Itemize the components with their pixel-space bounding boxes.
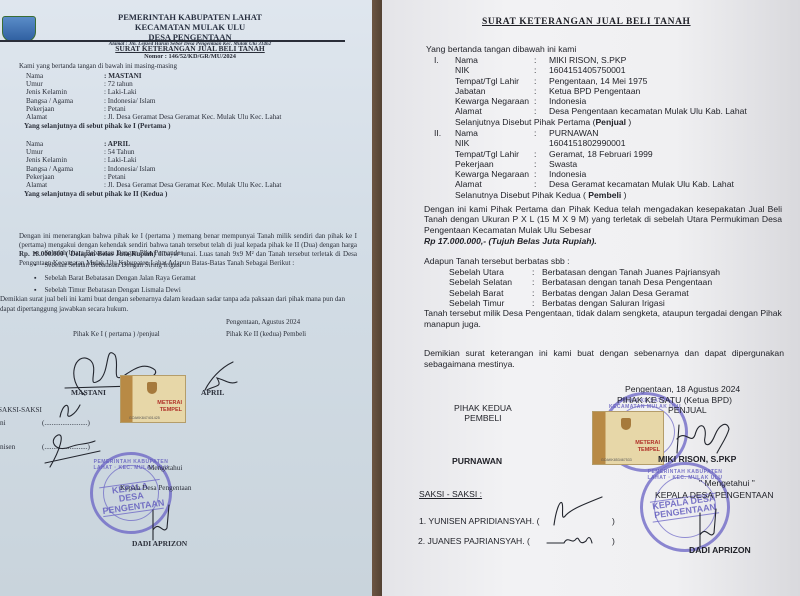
boundary-item: Sebelah Utara Bebatasan Dengan Piko Pern… bbox=[34, 249, 196, 261]
party2-sign-label: PIHAK KEDUA PEMBELI bbox=[454, 403, 512, 424]
colon-separator: : bbox=[534, 128, 549, 138]
field-label: Pekerjaan bbox=[26, 105, 104, 113]
revenue-stamp-label: METERAI bbox=[157, 400, 182, 406]
field-row: Pekerjaan: Petani bbox=[26, 173, 356, 181]
field-value: Desa Pengentaan kecamatan Mulak Ulu Kab.… bbox=[549, 106, 795, 116]
field-value: Ketua BPD Pengentaan bbox=[549, 86, 795, 96]
revenue-stamp: METERAI TEMPEL GOAKK847401425 bbox=[120, 375, 186, 423]
boundary-item: Sebelah Selatan Bebatasan Dengan Siring … bbox=[34, 261, 196, 273]
field-row: Nama: APRIL bbox=[26, 140, 356, 148]
statement-text: Dengan ini menerangkan bahwa pihak ke I … bbox=[19, 232, 357, 249]
field-row: Jenis Kelamin: Laki-Laki bbox=[26, 88, 356, 96]
colon-separator: : bbox=[534, 55, 549, 65]
revenue-stamp: METERAI TEMPEL GOAKK853467533 bbox=[592, 411, 664, 465]
boundary-side: Sebelah Selatan bbox=[449, 277, 532, 287]
field-label: Tempat/Tgl Lahir bbox=[455, 149, 534, 159]
intro-text: Yang bertanda tangan dibawah ini kami bbox=[426, 44, 576, 54]
village-head-name: DADI APRIZON bbox=[689, 545, 751, 555]
sale-price: Rp 17.000.000,- (Tujuh Belas Juta Rupiah… bbox=[424, 236, 597, 246]
seller-signature bbox=[667, 415, 737, 457]
boundary-item: Sebelah Barat Bebatasan Dengan Jalan Ray… bbox=[34, 274, 196, 286]
village-head-title: Kepala Desa Pengentaan bbox=[120, 484, 191, 493]
field-label: Nama bbox=[455, 128, 534, 138]
field-row: Jenis Kelamin: Laki-Laki bbox=[26, 156, 356, 164]
witness1: ni bbox=[0, 419, 6, 428]
designation-text: Selanjutnya Disebut Pihak Pertama ( bbox=[455, 117, 595, 127]
buyer-name: PURNAWAN bbox=[452, 456, 502, 466]
acknowledged-label: " Mengetahui " bbox=[699, 478, 755, 488]
document-number: Nomor : 146/52/KD/GR/MU/2024 bbox=[60, 53, 320, 61]
boundary-desc: Berbatasan dengan tanah Desa Pengentaan bbox=[542, 277, 712, 287]
field-label: Kewarga Negaraan bbox=[455, 96, 534, 106]
boundary-desc: Berbatas dengan Jalan Desa Geramat bbox=[542, 288, 689, 298]
ownership-paragraph: Tanah tersebut milik Desa Pengentaan, ti… bbox=[424, 308, 784, 329]
boundary-item: Sebelah Utara:Berbatasan dengan Tanah Ju… bbox=[449, 267, 720, 277]
field-row: Kewarga Negaraan:Indonesia bbox=[455, 96, 795, 106]
field-row: Alamat:Desa Geramat kecamatan Mulak Ulu … bbox=[455, 179, 795, 189]
boundary-side: Sebelah Timur bbox=[449, 298, 532, 308]
regency-crest-icon bbox=[2, 16, 36, 42]
field-value: PURNAWAN bbox=[549, 128, 795, 138]
garuda-emblem-icon bbox=[621, 418, 631, 430]
party1-details: Nama:MIKI RISON, S.PKPNIK:16041514057500… bbox=[455, 55, 795, 117]
field-row: Pekerjaan: Petani bbox=[26, 105, 356, 113]
party-designation: Yang selanjutnya di sebut pihak ke II (K… bbox=[24, 190, 356, 199]
designation-text: Selanutnya Disebut Pihak Kedua ( bbox=[455, 190, 588, 200]
village-head-signature bbox=[692, 505, 722, 550]
field-value: : Jl. Desa Geramat Desa Geramat Kec. Mul… bbox=[104, 181, 356, 189]
field-label: Tempat/Tgl Lahir bbox=[455, 76, 534, 86]
field-row: Tempat/Tgl Lahir:Geramat, 18 Februari 19… bbox=[455, 149, 795, 159]
boundary-item: Sebelah Timur:Berbatas dengan Saluran Ir… bbox=[449, 298, 720, 308]
letterhead: PEMERINTAH KABUPATEN LAHAT KECAMATAN MUL… bbox=[0, 6, 372, 40]
field-value: : Indonesia/ Islam bbox=[104, 97, 356, 105]
boundary-side: Sebelah Utara bbox=[449, 267, 532, 277]
boundaries-title: Adapun Tanah tersebut berbatas sbb : bbox=[424, 256, 570, 266]
colon-separator: : bbox=[534, 159, 549, 169]
designation-close: ) bbox=[626, 117, 631, 127]
party2-details: Nama:PURNAWANNIK1604151802990001Tempat/T… bbox=[455, 128, 795, 190]
field-value: Indonesia bbox=[549, 96, 795, 106]
colon-separator: : bbox=[534, 179, 549, 189]
party2-designation: Selanutnya Disebut Pihak Kedua ( Pembeli… bbox=[455, 190, 795, 200]
agreement-paragraph: Dengan ini kami Pihak Pertama dan Pihak … bbox=[424, 204, 782, 235]
closing-paragraph: Demikian surat jual beli ini kami buat d… bbox=[0, 294, 360, 314]
colon-separator: : bbox=[534, 86, 549, 96]
party2-details: Nama: APRILUmur: 54 TahunJenis Kelamin: … bbox=[26, 140, 356, 199]
field-row: Alamat: Jl. Desa Geramat Desa Geramat Ke… bbox=[26, 113, 356, 121]
field-value: : Indonesia/ Islam bbox=[104, 165, 356, 173]
field-label: Kewarga Negaraan bbox=[455, 169, 534, 179]
colon-separator: : bbox=[532, 277, 542, 287]
garuda-emblem-icon bbox=[147, 382, 157, 394]
colon-separator: : bbox=[534, 76, 549, 86]
field-label: Pekerjaan bbox=[455, 159, 534, 169]
witness1-name: 1. YUNISEN APRIDIANSYAH. ( bbox=[419, 516, 540, 526]
boundary-item: Sebelah Barat:Berbatas dengan Jalan Desa… bbox=[449, 288, 720, 298]
field-value: : Laki-Laki bbox=[104, 88, 356, 96]
closing-paragraph: Demikian surat keterangan ini kami buat … bbox=[424, 348, 784, 369]
witness2: nisen bbox=[0, 443, 15, 452]
field-value: MIKI RISON, S.PKP bbox=[549, 55, 795, 65]
field-row: Nama:MIKI RISON, S.PKP bbox=[455, 55, 795, 65]
colon-separator: : bbox=[532, 267, 542, 277]
field-label: Nama bbox=[455, 55, 534, 65]
field-value: Geramat, 18 Februari 1999 bbox=[549, 149, 795, 159]
party2-name: APRIL bbox=[201, 388, 224, 397]
left-document: PEMERINTAH KABUPATEN LAHAT KECAMATAN MUL… bbox=[0, 0, 372, 596]
field-label: Pekerjaan bbox=[26, 173, 104, 181]
field-label: NIK bbox=[455, 138, 534, 148]
party2-sign-label-line1: PIHAK KEDUA bbox=[454, 403, 512, 413]
field-label: Alamat bbox=[26, 181, 104, 189]
party1-designation: Selanjutnya Disebut Pihak Pertama (Penju… bbox=[455, 117, 795, 127]
field-value: Swasta bbox=[549, 159, 795, 169]
witness2-name: 2. JUANES PAJRIANSYAH. ( bbox=[418, 536, 530, 546]
colon-separator: : bbox=[532, 298, 542, 308]
party-designation: Yang selanjutnya di sebut pihak ke I (Pe… bbox=[24, 122, 356, 131]
party2-number: II. bbox=[434, 128, 441, 138]
designation-close: ) bbox=[621, 190, 626, 200]
field-label: Alamat bbox=[455, 106, 534, 116]
party1-sign-label: Pihak Ke I ( pertama ) /penjual bbox=[73, 330, 160, 339]
field-row: Alamat: Jl. Desa Geramat Desa Geramat Ke… bbox=[26, 181, 356, 189]
party2-sign-label: Pihak Ke II (kedua) Pembeli bbox=[226, 330, 306, 339]
field-row: Bangsa / Agama: Indonesia/ Islam bbox=[26, 165, 356, 173]
field-row: Bangsa / Agama: Indonesia/ Islam bbox=[26, 97, 356, 105]
boundary-item: Sebelah Selatan:Berbatasan dengan tanah … bbox=[449, 277, 720, 287]
colon-separator: : bbox=[534, 149, 549, 159]
witnesses-title: SAKSI - SAKSI : bbox=[419, 489, 482, 499]
revenue-stamp-code: GOAKK847401425 bbox=[129, 416, 160, 420]
field-row: Jabatan:Ketua BPD Pengentaan bbox=[455, 86, 795, 96]
boundary-desc: Berbatasan dengan Tanah Juanes Pajriansy… bbox=[542, 267, 720, 277]
witnesses-label: SAKSI-SAKSI bbox=[0, 406, 42, 415]
field-value: : Petani bbox=[104, 173, 356, 181]
field-row: NIK1604151802990001 bbox=[455, 138, 795, 148]
field-value: : 72 tahun bbox=[104, 80, 356, 88]
field-row: Tempat/Tgl Lahir:Pengentaan, 14 Mei 1975 bbox=[455, 76, 795, 86]
field-label: Nama bbox=[26, 72, 104, 80]
boundary-desc: Berbatas dengan Saluran Irigasi bbox=[542, 298, 665, 308]
document-title: SURAT KETERANGAN JUAL BELI TANAH bbox=[60, 44, 320, 53]
designation-role: Penjual bbox=[595, 117, 626, 127]
colon-separator: : bbox=[534, 169, 549, 179]
field-label: Alamat bbox=[455, 179, 534, 189]
boundary-side: Sebelah Barat bbox=[449, 288, 532, 298]
right-document: SURAT KETERANGAN JUAL BELI TANAH Yang be… bbox=[382, 0, 800, 596]
field-label: NIK bbox=[455, 65, 534, 75]
colon-separator: : bbox=[534, 106, 549, 116]
field-value: 1604151405750001 bbox=[549, 65, 795, 75]
field-value: : MASTANI bbox=[104, 72, 356, 80]
revenue-stamp-label: METERAI bbox=[635, 440, 660, 446]
party1-sign-label: PIHAK KE SATU (Ketua BPD) bbox=[617, 395, 732, 405]
field-value: : Jl. Desa Geramat Desa Geramat Kec. Mul… bbox=[104, 113, 356, 121]
field-label: Nama bbox=[26, 140, 104, 148]
field-value: : Petani bbox=[104, 105, 356, 113]
field-label: Jenis Kelamin bbox=[26, 156, 104, 164]
field-label: Bangsa / Agama bbox=[26, 97, 104, 105]
colon-separator: : bbox=[534, 65, 549, 75]
field-label: Jenis Kelamin bbox=[26, 88, 104, 96]
witness-signatures bbox=[542, 495, 617, 550]
colon-separator: : bbox=[534, 96, 549, 106]
field-row: NIK:1604151405750001 bbox=[455, 65, 795, 75]
field-row: Umur: 72 tahun bbox=[26, 80, 356, 88]
field-value: Desa Geramat kecamatan Mulak Ulu Kab. La… bbox=[549, 179, 795, 189]
field-row: Pekerjaan:Swasta bbox=[455, 159, 795, 169]
boundaries-list: Sebelah Utara:Berbatasan dengan Tanah Ju… bbox=[449, 267, 720, 308]
colon-separator bbox=[534, 138, 549, 148]
village-head-title: KEPALA DESA PENGENTAAN bbox=[655, 490, 774, 500]
field-value: : 54 Tahun bbox=[104, 148, 356, 156]
field-value: Indonesia bbox=[549, 169, 795, 179]
place-date: Pengentaan, Agustus 2024 bbox=[226, 318, 300, 327]
party2-sign-label-line2: PEMBELI bbox=[454, 413, 512, 423]
field-value: 1604151802990001 bbox=[549, 138, 795, 148]
intro-text: Kami yang bertanda tangan di bawah ini m… bbox=[19, 62, 177, 71]
field-row: Nama:PURNAWAN bbox=[455, 128, 795, 138]
field-label: Bangsa / Agama bbox=[26, 165, 104, 173]
field-value: : Laki-Laki bbox=[104, 156, 356, 164]
field-value: Pengentaan, 14 Mei 1975 bbox=[549, 76, 795, 86]
field-value: : APRIL bbox=[104, 140, 356, 148]
revenue-stamp-code: GOAKK853467533 bbox=[601, 458, 632, 462]
field-row: Nama: MASTANI bbox=[26, 72, 356, 80]
field-row: Kewarga Negaraan:Indonesia bbox=[455, 169, 795, 179]
field-label: Alamat bbox=[26, 113, 104, 121]
field-row: Umur: 54 Tahun bbox=[26, 148, 356, 156]
field-label: Umur bbox=[26, 80, 104, 88]
party1-sign-sublabel: PENJUAL bbox=[668, 405, 707, 415]
colon-separator: : bbox=[532, 288, 542, 298]
party1-details: Nama: MASTANIUmur: 72 tahunJenis Kelamin… bbox=[26, 72, 356, 131]
boundaries-list: Sebelah Utara Bebatasan Dengan Piko Pern… bbox=[34, 249, 196, 298]
revenue-stamp-label-2: TEMPEL bbox=[638, 447, 660, 453]
designation-role: Pembeli bbox=[588, 190, 621, 200]
village-head-name: DADI APRIZON bbox=[132, 539, 187, 548]
party1-number: I. bbox=[434, 55, 439, 65]
field-label: Umur bbox=[26, 148, 104, 156]
acknowledged-label: Mengetahui bbox=[148, 464, 182, 473]
letterhead-rule bbox=[0, 40, 345, 42]
revenue-stamp-label-2: TEMPEL bbox=[160, 407, 182, 413]
field-label: Jabatan bbox=[455, 86, 534, 96]
document-title: SURAT KETERANGAN JUAL BELI TANAH bbox=[482, 17, 691, 28]
field-row: Alamat:Desa Pengentaan kecamatan Mulak U… bbox=[455, 106, 795, 116]
